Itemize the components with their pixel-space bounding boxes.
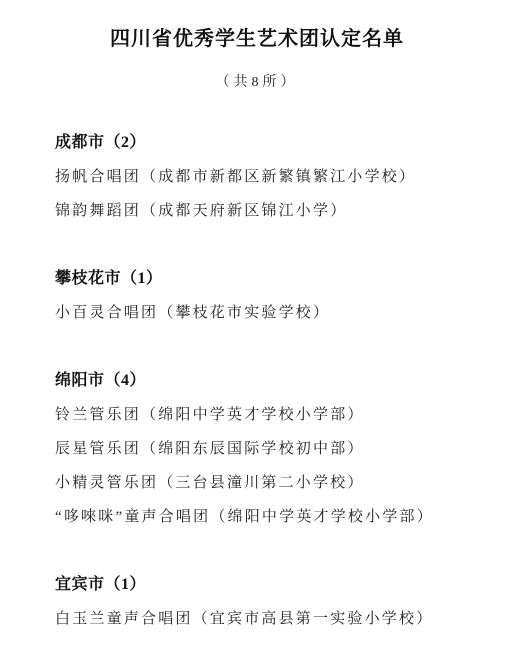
section-heading: 攀枝花市（1） (55, 262, 484, 296)
list-item: 扬帆合唱团（成都市新都区新繁镇繁江小学校） (55, 160, 484, 194)
section-heading: 成都市（2） (55, 126, 484, 160)
section-panzhihua: 攀枝花市（1） 小百灵合唱团（攀枝花市实验学校） (55, 262, 484, 330)
list-item: 小精灵管乐团（三台县潼川第二小学校） (55, 466, 484, 500)
list-item: “哆唻咪”童声合唱团（绵阳中学英才学校小学部） (55, 500, 484, 534)
sections-container: 成都市（2） 扬帆合唱团（成都市新都区新繁镇繁江小学校） 锦韵舞蹈团（成都天府新… (55, 126, 484, 636)
list-item: 辰星管乐团（绵阳东辰国际学校初中部） (55, 432, 484, 466)
section-heading: 绵阳市（4） (55, 364, 484, 398)
list-item: 白玉兰童声合唱团（宜宾市高县第一实验小学校） (55, 602, 484, 636)
section-heading: 宜宾市（1） (55, 568, 484, 602)
list-item: 小百灵合唱团（攀枝花市实验学校） (55, 296, 484, 330)
section-mianyang: 绵阳市（4） 铃兰管乐团（绵阳中学英才学校小学部） 辰星管乐团（绵阳东辰国际学校… (55, 364, 484, 534)
document-subtitle: （共8所） (30, 74, 484, 92)
document-page: 四川省优秀学生艺术团认定名单 （共8所） 成都市（2） 扬帆合唱团（成都市新都区… (0, 0, 514, 650)
list-item: 锦韵舞蹈团（成都天府新区锦江小学） (55, 194, 484, 228)
list-item: 铃兰管乐团（绵阳中学英才学校小学部） (55, 398, 484, 432)
document-title: 四川省优秀学生艺术团认定名单 (30, 26, 484, 52)
section-yibin: 宜宾市（1） 白玉兰童声合唱团（宜宾市高县第一实验小学校） (55, 568, 484, 636)
section-chengdu: 成都市（2） 扬帆合唱团（成都市新都区新繁镇繁江小学校） 锦韵舞蹈团（成都天府新… (55, 126, 484, 228)
